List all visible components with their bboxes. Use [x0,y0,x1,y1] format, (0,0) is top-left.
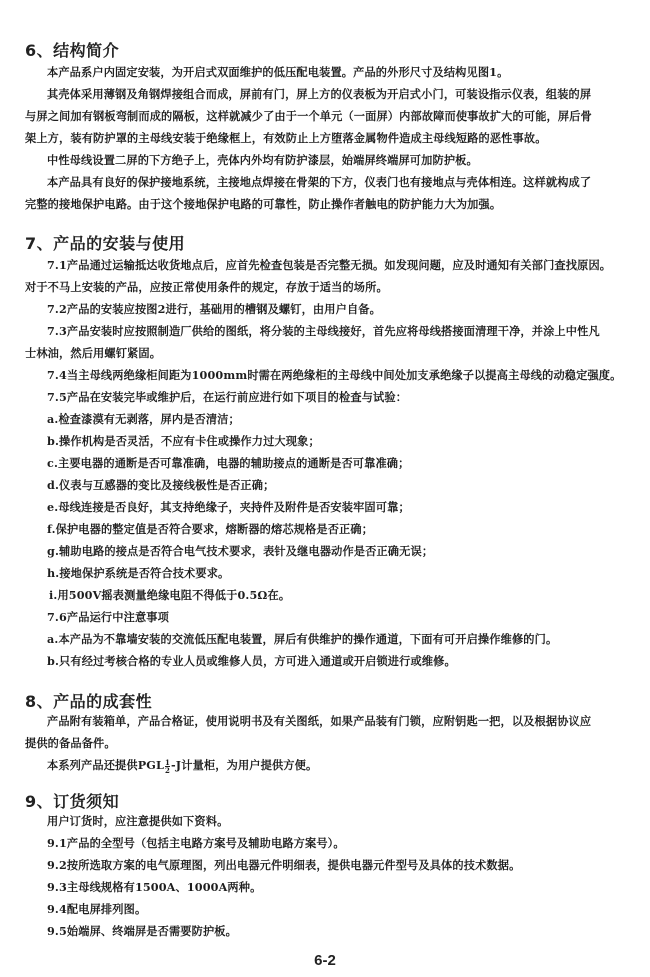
section-6-line-2: 其壳体采用薄钢及角钢焊接组合而成，屏前有门，屏上方的仪表板为开启式小门，可装设指… [47,86,591,102]
section-7-6-item-b: b.只有经过考核合格的专业人员或维修人员，方可进入通道或开启锁进行或维修。 [47,653,456,669]
section-9-line-5: 9.4配电屏排列图。 [47,901,146,917]
section-6-line-3: 与屏之间加有钢板弯制而成的隔板，这样就减少了由于一个单元（一面屏）内部故障而使事… [25,108,592,124]
section-7-line-1: 7.1产品通过运输抵达收货地点后，应首先检查包装是否完整无损。如发现问题，应及时… [47,257,611,273]
section-6-heading: 6、结构简介 [25,38,119,61]
section-9-line-4: 9.3主母线规格有1500A、1000A两种。 [47,879,261,895]
section-8-heading: 8、产品的成套性 [25,689,152,712]
section-7-item-e: e.母线连接是否良好，其支持绝缘子，夹持件及附件是否安装牢固可靠； [47,499,410,515]
fraction-denominator: 2 [165,767,170,774]
section-9-line-1: 用户订货时，应注意提供如下资料。 [47,813,228,829]
fraction: 12 [165,759,170,774]
section-8-line-2: 提供的备品备件。 [25,735,116,751]
section-7-heading: 7、产品的安装与使用 [25,231,185,254]
section-6-line-6: 本产品具有良好的保护接地系统，主接地点焊接在骨架的下方，仪表门也有接地点与壳体相… [47,174,591,190]
section-7-item-a: a.检查漆漠有无剥落，屏内是否清洁； [47,411,240,427]
section-6-line-7: 完整的接地保护电路。由于这个接地保护电路的可靠性，防止操作者触电的防护能力大为加… [25,196,501,212]
section-7-item-c: c.主要电器的通断是否可靠准确，电器的辅助接点的通断是否可靠准确； [47,455,409,471]
section-8-line-1: 产品附有装箱单，产品合格证，使用说明书及有关图纸，如果产品装有门锁，应附钥匙一把… [47,713,591,729]
section-7-line-6: 7.4当主母线两绝缘柜间距为1000mm时需在两绝缘柜的主母线中间处加支承绝缘子… [47,367,621,383]
section-7-item-h: h.接地保护系统是否符合技术要求。 [47,565,229,581]
section-9-line-2: 9.1产品的全型号（包括主电路方案号及辅助电路方案号）。 [47,835,345,851]
section-9-heading: 9、订货须知 [25,789,119,812]
section-9-line-6: 9.5始端屏、终端屏是否需要防护板。 [47,923,237,939]
section-7-line-5: 士林油，然后用螺钉紧固。 [25,345,161,361]
section-7-item-b: b.操作机构是否灵活，不应有卡住或操作力过大现象； [47,433,320,449]
page-number: 6-2 [0,952,650,969]
section-7-item-f: f.保护电器的整定值是否符合要求，熔断器的熔芯规格是否正确； [47,521,373,537]
section-6-line-4: 架上方，装有防护罩的主母线安装于绝缘框上，有效防止上方堕落金属物件造成主母线短路… [25,130,547,146]
pgl-prefix: 本系列产品还提供PGL [47,758,164,772]
section-7-line-3: 7.2产品的安装应按图2进行，基础用的槽钢及螺钉，由用户自备。 [47,301,381,317]
section-9-line-3: 9.2按所选取方案的电气原理图，列出电器元件明细表，提供电器元件型号及具体的技术… [47,857,520,873]
pgl-suffix: -J计量柜，为用户提供方便。 [171,758,317,772]
section-7-line-4: 7.3产品安装时应按照制造厂供给的图纸，将分装的主母线接好，首先应将母线搭接面清… [47,323,600,339]
section-7-item-i: i.用500V摇表测量绝缘电阻不得低于0.5Ω在。 [49,587,290,603]
section-8-line-3: 本系列产品还提供PGL12-J计量柜，为用户提供方便。 [47,757,317,774]
section-6-line-5: 中性母线设置二屏的下方绝子上，壳体内外均有防护漆层，始端屏终端屏可加防护板。 [47,152,478,168]
section-6-line-1: 本产品系户内固定安装，为开启式双面维护的低压配电装置。产品的外形尺寸及结构见图1… [47,64,508,80]
section-7-line-2: 对于不马上安装的产品，应按正常使用条件的规定，存放于适当的场所。 [25,279,388,295]
document-page: 6、结构简介 本产品系户内固定安装，为开启式双面维护的低压配电装置。产品的外形尺… [0,0,650,977]
section-7-line-7: 7.5产品在安装完毕或维护后，在运行前应进行如下项目的检查与试验： [47,389,407,405]
section-7-item-d: d.仪表与互感器的变比及接线极性是否正确； [47,477,274,493]
section-7-6-heading: 7.6产品运行中注意事项 [47,609,169,625]
section-7-item-g: g.辅助电路的接点是否符合电气技术要求，表针及继电器动作是否正确无误； [47,543,433,559]
section-7-6-item-a: a.本产品为不靠墙安装的交流低压配电装置，屏后有供维护的操作通道，下面有可开启操… [47,631,557,647]
